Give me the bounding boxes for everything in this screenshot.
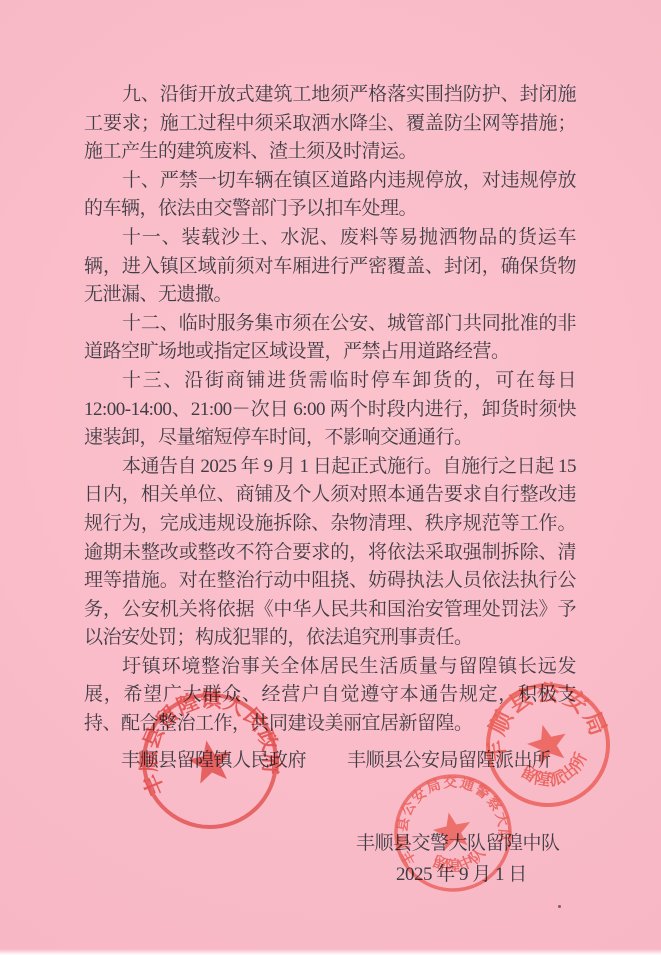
seal-star-icon [185, 737, 235, 786]
traffic-police-seal-icon: 丰顺县公安局交通警察大队 留隍中队 [376, 756, 530, 910]
notice-paragraph-10: 十、严禁一切车辆在镇区道路内违规停放，对违规停放的车辆，依法由交警部门予以扣车处… [84, 167, 576, 224]
notice-paragraph-12: 十二、临时服务集市须在公安、城管部门共同批准的非道路空旷场地或指定区域设置，严禁… [84, 310, 576, 367]
seal-star-icon [430, 809, 475, 852]
page-bottom-edge [0, 949, 661, 955]
notice-paragraph-effective-date: 本通告自 2025 年 9 月 1 日起正式施行。自施行之日起 15 日内，相关… [84, 453, 576, 653]
svg-text:留隍中队: 留隍中队 [426, 841, 492, 881]
dust-speck [558, 905, 561, 908]
notice-paragraph-9: 九、沿街开放式建筑工地须严格落实围挡防护、封闭施工要求；施工过程中须采取洒水降尘… [84, 81, 576, 167]
notice-body: 九、沿街开放式建筑工地须严格落实围挡防护、封闭施工要求；施工过程中须采取洒水降尘… [84, 81, 576, 739]
town-government-seal-icon: 丰顺县留隍镇人民政府 [123, 674, 297, 848]
notice-paragraph-11: 十一、装载沙土、水泥、废料等易抛洒物品的货运车辆，进入镇区域前须对车厢进行严密覆… [84, 224, 576, 310]
notice-page: 九、沿街开放式建筑工地须严格落实围挡防护、封闭施工要求；施工过程中须采取洒水降尘… [0, 0, 661, 955]
seal-star-icon [523, 720, 571, 767]
notice-paragraph-13: 十三、沿街商铺进货需临时停车卸货的，可在每日 12:00-14:00、21:00… [84, 367, 576, 453]
seal-bottom-text: 留隍中队 [426, 841, 492, 881]
